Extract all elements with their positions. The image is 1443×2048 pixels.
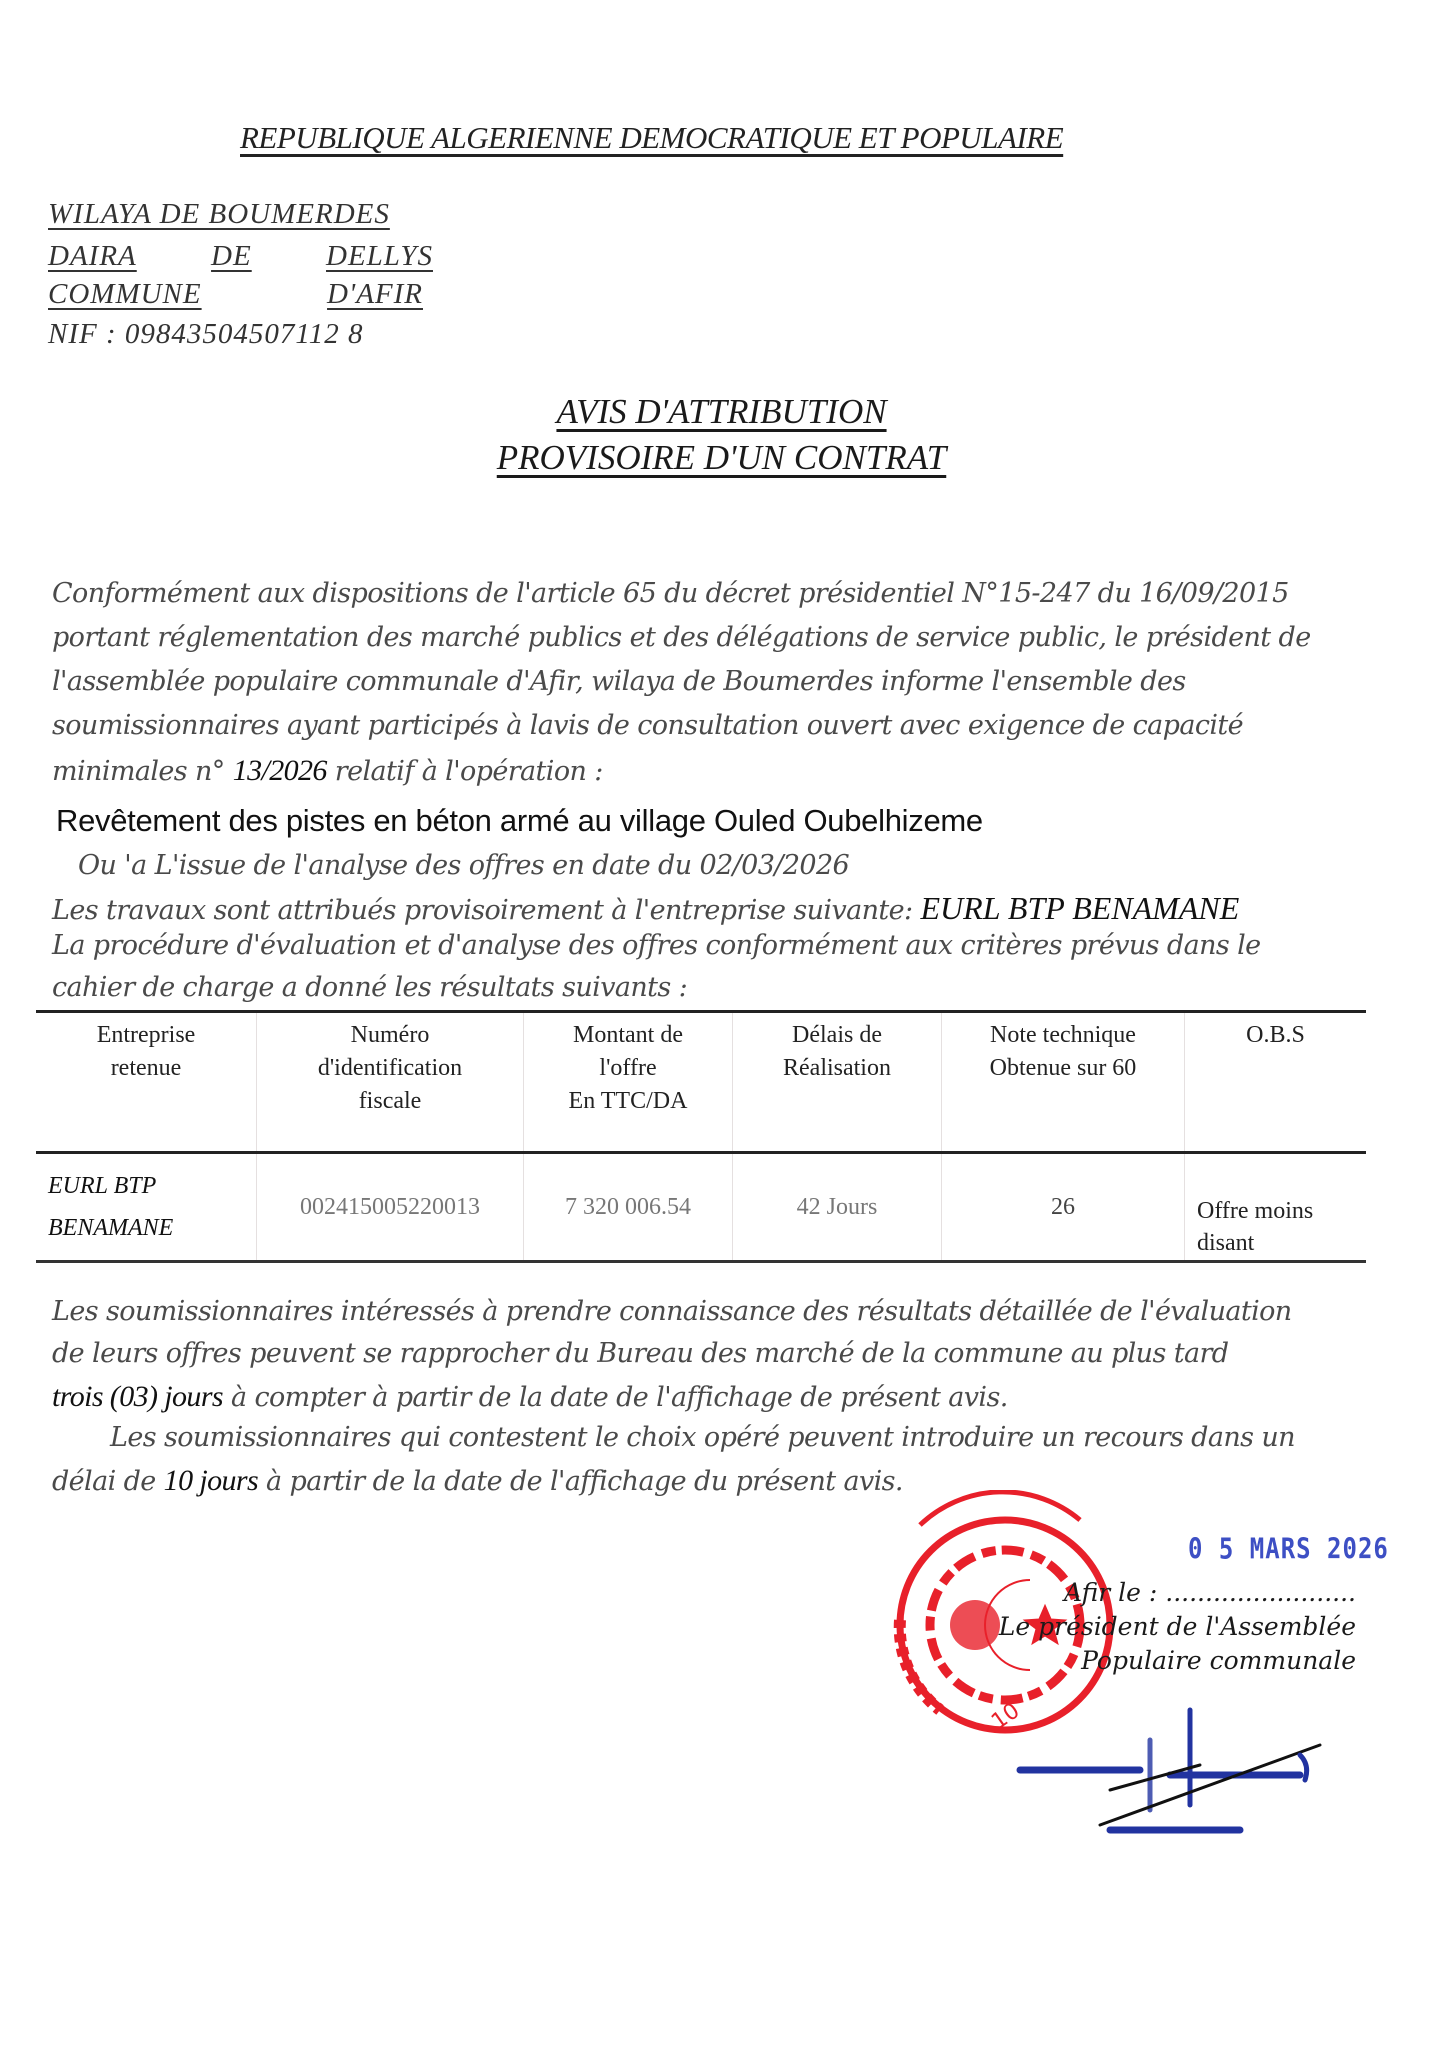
results-table: Entrepriseretenue Numérod'identification… [36,1010,1366,1263]
closing-line-4: Les soumissionnaires qui contestent le c… [110,1422,1295,1453]
analysis-line-1: Ou 'a L'issue de l'analyse des offres en… [78,850,849,881]
signatory-role-line-2: Populaire communale [1081,1646,1356,1675]
table-row: EURL BTP BENAMANE0024150052200137 320 00… [36,1153,1366,1262]
signatory-role-line-1: Le président de l'Assemblée [999,1612,1356,1641]
consultation-number: 13/2026 [233,754,327,787]
country-heading: REPUBLIQUE ALGERIENNE DEMOCRATIQUE ET PO… [240,120,1063,156]
nif-label: NIF : 09843504507112 8 [48,318,363,351]
cell-nif: 002415005220013 [257,1153,524,1262]
intro-line-4: soumissionnaires ayant participés à lavi… [52,710,1243,741]
intro-line-3: l'assemblée populaire communale d'Afir, … [52,666,1186,697]
notice-title-line2: PROVISOIRE D'UN CONTRAT [0,438,1443,478]
cell-amount: 7 320 006.54 [524,1153,733,1262]
intro-line-5: minimales n° 13/2026 relatif à l'opérati… [52,754,603,788]
cell-delay: 42 Jours [733,1153,942,1262]
closing-line-1: Les soumissionnaires intéressés à prendr… [52,1296,1292,1327]
daira-name: DELLYS [326,240,433,273]
delay-three-days: trois (03) jours [52,1380,223,1413]
analysis-line-4: cahier de charge a donné les résultats s… [52,972,687,1003]
header-obs: O.B.S [1185,1012,1367,1153]
commune-word: COMMUNE [48,278,202,311]
notice-title-line1: AVIS D'ATTRIBUTION [0,392,1443,432]
intro-line-1: Conformément aux dispositions de l'artic… [52,578,1289,609]
received-date-stamp: 0 5 MARS 2026 [1188,1532,1389,1566]
awarded-company: EURL BTP BENAMANE [921,890,1240,926]
closing-line-2: de leurs offres peuvent se rapprocher du… [52,1338,1228,1369]
table-header-row: Entrepriseretenue Numérod'identification… [36,1012,1366,1153]
cell-score: 26 [942,1153,1185,1262]
intro-line-5-suffix: relatif à l'opération : [327,756,603,787]
commune-label: COMMUNE D'AFIR [48,278,423,311]
analysis-line-2: Les travaux sont attribués provisoiremen… [52,890,1239,927]
closing-line-5: délai de 10 jours à partir de la date de… [52,1464,903,1498]
header-nif: Numérod'identificationfiscale [257,1012,524,1153]
daira-label: DAIRA DE DELLYS [48,240,433,273]
closing-line-3-rest: à compter à partir de la date de l'affic… [223,1382,1008,1413]
intro-line-2: portant réglementation des marché public… [52,622,1311,653]
place-date-line: Afir le : ........................ [1064,1578,1356,1607]
header-score: Note techniqueObtenue sur 60 [942,1012,1185,1153]
cell-company: EURL BTP BENAMANE [36,1153,257,1262]
analysis-line-2-prefix: Les travaux sont attribués provisoiremen… [52,895,921,926]
operation-title: Revêtement des pistes en béton armé au v… [56,803,983,839]
cell-obs: Offre moins disant [1185,1153,1367,1262]
daira-word: DAIRA [48,240,137,273]
closing-line-3: trois (03) jours à compter à partir de l… [52,1380,1008,1414]
closing-line-5-prefix: délai de [52,1466,164,1497]
closing-line-5-rest: à partir de la date de l'affichage du pr… [258,1466,903,1497]
analysis-line-3: La procédure d'évaluation et d'analyse d… [52,930,1261,961]
signature-icon [1000,1700,1360,1860]
wilaya-label: WILAYA DE BOUMERDES [48,198,390,231]
header-company: Entrepriseretenue [36,1012,257,1153]
header-amount: Montant del'offreEn TTC/DA [524,1012,733,1153]
intro-line-5-prefix: minimales n° [52,756,233,787]
appeal-delay: 10 jours [164,1464,258,1497]
commune-name: D'AFIR [327,278,423,311]
header-delay: Délais deRéalisation [733,1012,942,1153]
daira-de: DE [211,240,252,273]
